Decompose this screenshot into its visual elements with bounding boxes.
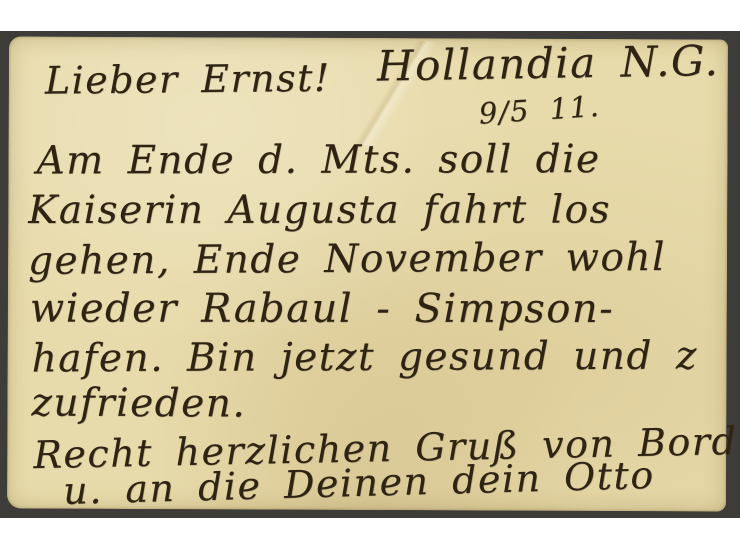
handwriting-line: hafen. Bin jetzt gesund und z bbox=[32, 334, 698, 382]
salutation: Lieber Ernst! bbox=[45, 56, 331, 103]
handwriting-line: zufrieden. bbox=[31, 381, 246, 427]
handwriting-line: gehen, Ende November wohl bbox=[28, 235, 666, 284]
postcard: Lieber Ernst! Hollandia N.G. 9/5 11. Am … bbox=[7, 36, 728, 511]
handwriting-line: wieder Rabaul - Simpson- bbox=[30, 286, 614, 333]
handwriting-line: Am Ende d. Mts. soll die bbox=[36, 137, 600, 183]
dateline-place: Hollandia N.G. bbox=[377, 36, 720, 91]
handwriting-line: Kaiserin Augusta fahrt los bbox=[28, 188, 611, 234]
dateline-date: 9/5 11. bbox=[478, 89, 601, 131]
photo-backdrop: Lieber Ernst! Hollandia N.G. 9/5 11. Am … bbox=[0, 31, 740, 518]
